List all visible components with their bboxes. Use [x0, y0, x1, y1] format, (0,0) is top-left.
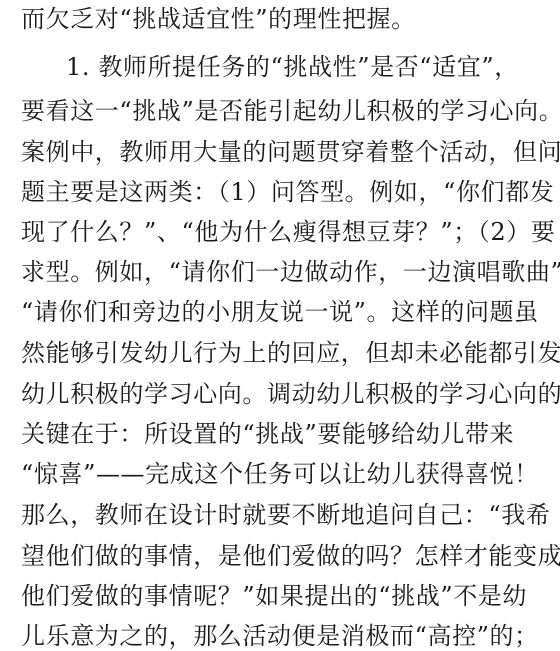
text-line: 案例中，教师用大量的问题贯穿着整个活动，但问: [21, 137, 560, 167]
text-line: 题主要是这两类：（1）问答型。例如，“你们都发: [21, 177, 554, 207]
text-line: 现了什么？”、“他为什么瘦得想豆芽？”；（2）要: [21, 217, 555, 247]
text-line: 要看这一“挑战”是否能引起幼儿积极的学习心向。: [21, 96, 560, 126]
text-line: 那么，教师在设计时就要不断地追问自己：“我希: [21, 500, 550, 530]
text-line: 求型。例如，“请你们一边做动作，一边演唱歌曲”、: [21, 257, 560, 287]
text-line: 他们爱做的事情呢？”如果提出的“挑战”不是幼: [21, 581, 527, 611]
text-line: 关键在于：所设置的“挑战”要能够给幼儿带来: [21, 419, 514, 449]
text-line: 望他们做的事情，是他们爱做的吗？怎样才能变成: [21, 541, 560, 571]
text-line: “请你们和旁边的小朋友说一说”。这样的问题虽: [21, 297, 539, 327]
text-line: 幼儿积极的学习心向。调动幼儿积极的学习心向的: [21, 379, 560, 409]
text-line: 儿乐意为之的，那么活动便是消极而“高控”的；: [21, 621, 539, 651]
section-heading-line: 1. 教师所提任务的“挑战性”是否“适宜”，: [66, 52, 519, 82]
text-line: “惊喜”——完成这个任务可以让幼儿获得喜悦！: [21, 459, 539, 489]
text-line: 而欠乏对“挑战适宜性”的理性把握。: [21, 4, 416, 34]
document-page: 而欠乏对“挑战适宜性”的理性把握。 1. 教师所提任务的“挑战性”是否“适宜”，…: [0, 0, 560, 651]
text-line: 然能够引发幼儿行为上的回应，但却未必能都引发: [21, 338, 560, 368]
